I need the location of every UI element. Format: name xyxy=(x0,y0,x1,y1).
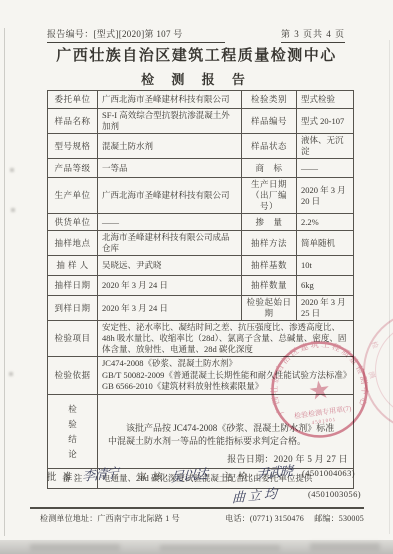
row-label: 产品等级 xyxy=(48,159,98,178)
official-seal: 广西壮族自治区建筑工程质量检测中心 ★ 检验检测专用章(7) 4501001 xyxy=(262,332,376,446)
row-label: 抽 样 人 xyxy=(48,256,98,276)
chief-signature-1: 尹武晓 xyxy=(256,460,292,483)
approve-label: 批 准： xyxy=(47,469,86,483)
row-label: 抽样地点 xyxy=(48,231,98,256)
row-label: 样品状态 xyxy=(242,134,297,159)
row-label: 检验依据 xyxy=(48,357,98,395)
row-value: 型式 20-107 xyxy=(297,109,354,134)
footer-address: 检测单位地址：广西南宁市北际路 1 号 xyxy=(40,513,180,524)
row-value: —— xyxy=(98,214,242,231)
row-label: 样品编号 xyxy=(242,109,297,134)
row-value: 2.2% xyxy=(297,214,354,231)
page-number: 第 3 页共 4 页 xyxy=(281,27,345,43)
row-value: 2020 年 3 月 24 日 xyxy=(98,276,242,296)
row-label: 到样日期 xyxy=(48,296,98,321)
row-label: 供货单位 xyxy=(48,214,98,231)
row-value: 2020 年 3 月 20 日 xyxy=(297,178,354,214)
row-value: 2020 年 3 月 24 日 xyxy=(98,296,242,321)
row-value: 吴晓远、尹武晓 xyxy=(98,256,242,276)
scan-edge-left xyxy=(4,28,5,536)
row-label: 生产单位 xyxy=(48,178,98,214)
row-value: 北海市圣峰建材科技有限公司成品仓库 xyxy=(98,231,242,256)
table-row: 产品等级 一等品 商 标 —— xyxy=(48,159,354,178)
footer-divider xyxy=(30,507,364,509)
row-label: 抽样基数 xyxy=(242,256,297,276)
report-number: 报告编号：[型式][2020]第 107 号 xyxy=(47,27,225,43)
signature-block: 批 准： 李清宁 审 核： 吴以达 主 检： 尹武晓 (4501004063) … xyxy=(40,464,370,510)
table-row: 型号规格 混凝土防水剂 样品状态 液体、无沉淀 xyxy=(48,134,354,159)
table-row: 抽 样 人 吴晓远、尹武晓 抽样基数 10t xyxy=(48,256,354,276)
org-title: 广西壮族自治区建筑工程质量检测中心 xyxy=(0,44,393,65)
table-row: 供货单位 —— 掺 量 2.2% xyxy=(48,214,354,231)
table-row: 抽样地点 北海市圣峰建材科技有限公司成品仓库 抽样方法 简单随机 xyxy=(48,231,354,256)
row-label: 商 标 xyxy=(242,159,297,178)
row-label: 委托单位 xyxy=(48,91,98,109)
row-value: SF-I 高效综合型抗裂抗渗混凝土外加剂 xyxy=(98,109,242,134)
row-label: 检验结论 xyxy=(48,395,98,469)
row-value: 混凝土防水剂 xyxy=(98,134,242,159)
footer-contact: 电话：(0771) 3150476 邮编：530005 xyxy=(217,513,364,524)
row-label: 抽样数量 xyxy=(242,276,297,296)
row-value: 简单随机 xyxy=(297,231,354,256)
scan-speck xyxy=(9,372,13,376)
chief-signature-2: 曲立均 xyxy=(232,482,280,506)
seal-number: 4501001 xyxy=(311,417,336,426)
cert-number-1: (4501004063) xyxy=(302,468,355,478)
row-value: 广西北海市圣峰建材科技有限公司 xyxy=(98,178,242,214)
row-value: 液体、无沉淀 xyxy=(297,134,354,159)
row-label: 抽样日期 xyxy=(48,276,98,296)
footer-phone: 电话：(0771) 3150476 xyxy=(225,514,304,523)
row-label: 检验类别 xyxy=(242,91,297,109)
row-value: 2020 年 3 月 25 日 xyxy=(297,296,354,321)
table-row: 委托单位 广西北海市圣峰建材科技有限公司 检验类别 型式检验 xyxy=(48,91,354,109)
row-value: 一等品 xyxy=(98,159,242,178)
row-value: —— xyxy=(297,159,354,178)
edge-seal-inner-ring xyxy=(375,322,393,418)
row-value: 6kg xyxy=(297,276,354,296)
row-label: 型号规格 xyxy=(48,134,98,159)
row-value: 10t xyxy=(297,256,354,276)
row-value: 型式检验 xyxy=(297,91,354,109)
table-row: 样品名称 SF-I 高效综合型抗裂抗渗混凝土外加剂 样品编号 型式 20-107 xyxy=(48,109,354,134)
doc-title: 检 测 报 告 xyxy=(0,69,393,88)
scanned-test-report-page: 报告编号：[型式][2020]第 107 号 第 3 页共 4 页 广西壮族自治… xyxy=(0,0,393,554)
row-label: 抽样方法 xyxy=(242,231,297,256)
scan-edge-right xyxy=(389,40,390,534)
scan-smudge xyxy=(310,543,380,551)
footer-postcode: 邮编：530005 xyxy=(314,514,364,523)
approver-signature: 李清宁 xyxy=(82,462,118,485)
row-label: 样品名称 xyxy=(48,109,98,134)
footer: 检测单位地址：广西南宁市北际路 1 号 电话：(0771) 3150476 邮编… xyxy=(40,513,364,524)
seal-star-icon: ★ xyxy=(306,375,332,406)
row-label: 掺 量 xyxy=(242,214,297,231)
table-row: 到样日期 2020 年 3 月 24 日 检验起始日期 2020 年 3 月 2… xyxy=(48,296,354,321)
scan-smudge xyxy=(30,544,120,551)
row-label: 检验项目 xyxy=(48,321,98,357)
scan-edge-bottom xyxy=(0,540,393,554)
scan-smudge xyxy=(160,545,280,551)
row-label: 检验起始日期 xyxy=(242,296,297,321)
scan-speck xyxy=(11,208,15,212)
scan-speck xyxy=(10,168,14,172)
row-value: 广西北海市圣峰建材科技有限公司 xyxy=(98,91,242,109)
row-label: 生产日期（出厂编号） xyxy=(242,178,297,214)
reviewer-signature: 吴以达 xyxy=(171,463,207,486)
table-row: 抽样日期 2020 年 3 月 24 日 抽样数量 6kg xyxy=(48,276,354,296)
table-row: 生产单位 广西北海市圣峰建材科技有限公司 生产日期（出厂编号） 2020 年 3… xyxy=(48,178,354,214)
cert-number-2: (4501003056) xyxy=(308,489,361,499)
